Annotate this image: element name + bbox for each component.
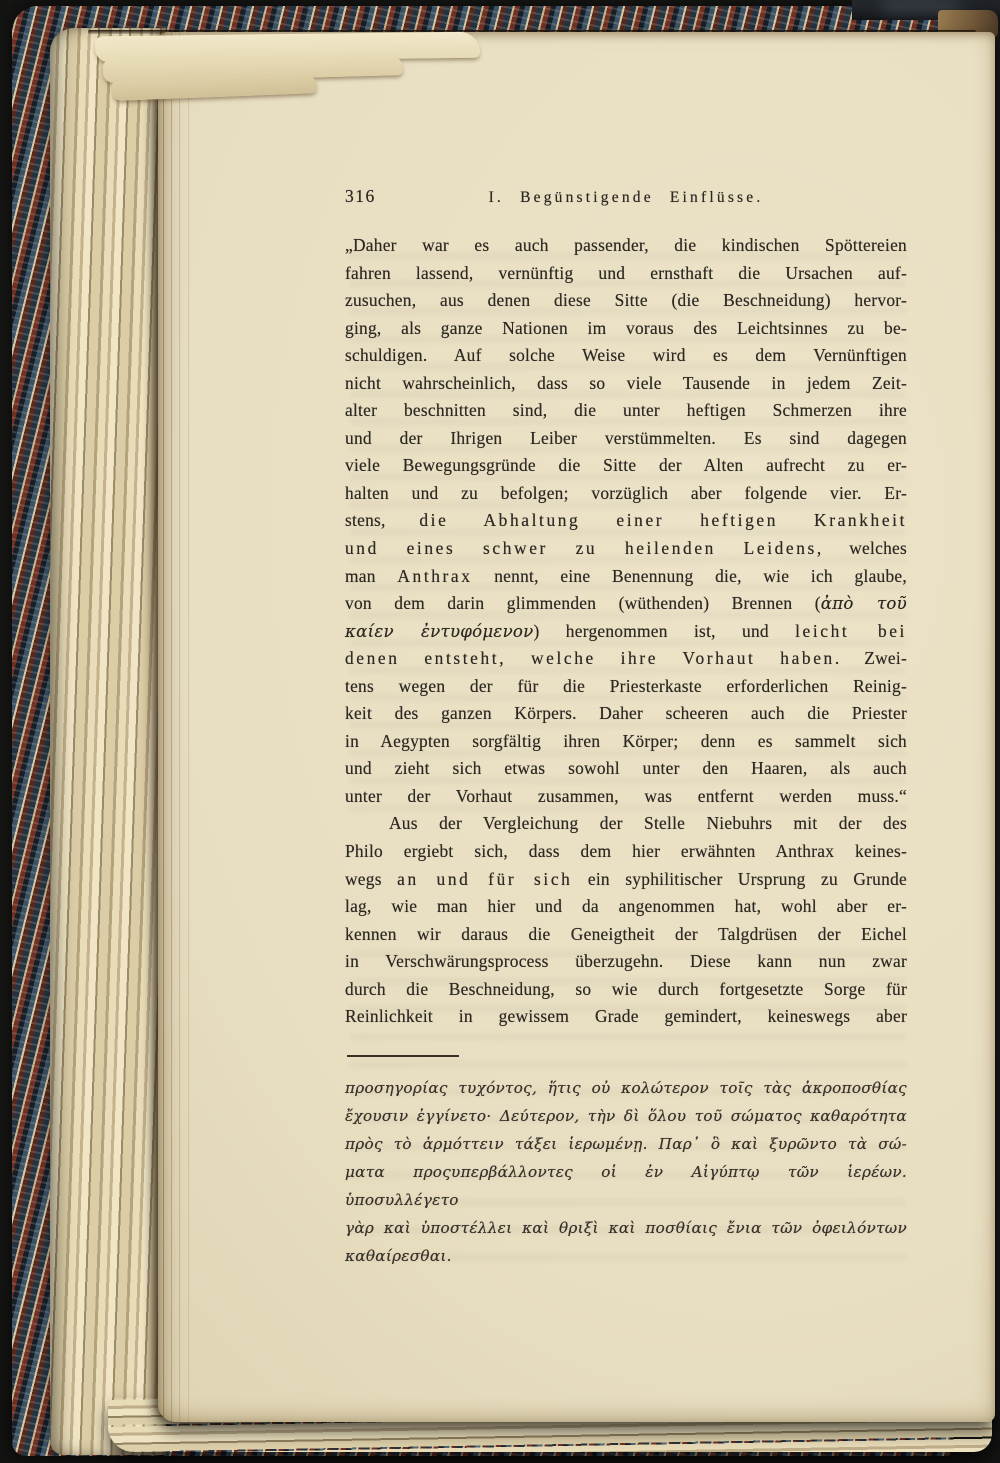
- body-text: „Daher war es auch passender, die kindis…: [345, 232, 907, 1031]
- text-segment: Zwei-: [842, 648, 907, 668]
- page-header: 316 I. Begünstigende Einflüsse.: [345, 186, 907, 207]
- text-line: unter der Vorhaut zusammen, was entfernt…: [345, 783, 907, 811]
- text-line: nicht wahrscheinlich, dass so viele Taus…: [345, 370, 907, 398]
- emphasized-text: und eines schwer zu heilenden Leidens,: [345, 538, 824, 558]
- text-line: Philo ergiebt sich, dass dem hier erwähn…: [345, 838, 907, 866]
- text-line: denen entsteht, welche ihre Vorhaut habe…: [345, 645, 907, 673]
- footnote-line: ματα προςυπερβάλλοντες οἱ ἐν Αἰγύπτῳ τῶν…: [345, 1158, 907, 1214]
- text-block: 316 I. Begünstigende Einflüsse. „Daher w…: [345, 186, 907, 1270]
- text-line: und der Ihrigen Leiber verstümmelten. Es…: [345, 425, 907, 453]
- text-line: durch die Beschneidung, so wie durch for…: [345, 976, 907, 1004]
- text-segment: von dem darin glimmenden (wüthenden) Bre…: [345, 593, 821, 613]
- text-line: halten und zu befolgen; vorzüglich aber …: [345, 480, 907, 508]
- text-line: schuldigen. Auf solche Weise wird es dem…: [345, 342, 907, 370]
- text-segment: stens,: [345, 510, 419, 530]
- text-line: viele Bewegungsgründe die Sitte der Alte…: [345, 452, 907, 480]
- page-number: 316: [345, 186, 397, 207]
- text-line: man Anthrax nennt, eine Benennung die, w…: [345, 563, 907, 591]
- emphasized-text: Anthrax: [397, 566, 472, 586]
- text-line: und eines schwer zu heilenden Leidens, w…: [345, 535, 907, 563]
- text-line: in Verschwärungsprocess überzugehn. Dies…: [345, 948, 907, 976]
- text-line: und zieht sich etwas sowohl unter den Ha…: [345, 755, 907, 783]
- footnote: προσηγορίας τυχόντος, ἥτις οὐ κολώτερον …: [345, 1074, 907, 1270]
- greek-phrase: ἀπὸ τοῦ: [821, 594, 907, 613]
- page-stack-left: [50, 28, 166, 1455]
- greek-phrase: καίεν ἐντυφόμενον: [345, 622, 534, 641]
- text-line: zusuchen, aus denen diese Sitte (die Bes…: [345, 287, 907, 315]
- emphasized-text: die Abhaltung einer heftigen Krankheit: [419, 510, 907, 530]
- text-line: „Daher war es auch passender, die kindis…: [345, 232, 907, 260]
- emphasized-text: an und für sich: [397, 869, 572, 889]
- text-line: wegs an und für sich ein syphilitischer …: [345, 866, 907, 894]
- footnote-line: προσηγορίας τυχόντος, ἥτις οὐ κολώτερον …: [345, 1074, 907, 1102]
- emphasized-text: leicht bei: [795, 621, 907, 641]
- footnote-line: ἔχουσιν ἐγγίνετο· Δεύτερον, τὴν δὶ ὅλου …: [345, 1102, 907, 1130]
- text-segment: wegs: [345, 869, 397, 889]
- emphasized-text: denen entsteht, welche ihre Vorhaut habe…: [345, 648, 842, 668]
- photo-background: 316 I. Begünstigende Einflüsse. „Daher w…: [0, 0, 1000, 1463]
- text-line: kennen wir daraus die Geneigtheit der Ta…: [345, 921, 907, 949]
- text-line: ging, als ganze Nationen im voraus des L…: [345, 315, 907, 343]
- text-line: keit des ganzen Körpers. Daher scheeren …: [345, 700, 907, 728]
- text-line: Reinlichkeit in gewissem Grade gemindert…: [345, 1003, 907, 1031]
- footnote-separator: [347, 1055, 459, 1058]
- text-line: καίεν ἐντυφόμενον) hergenommen ist, und …: [345, 618, 907, 646]
- text-segment: ein syphilitischer Ursprung zu Grunde: [572, 869, 907, 889]
- text-segment: ) hergenommen ist, und: [534, 621, 796, 641]
- text-line: Aus der Vergleichung der Stelle Niebuhrs…: [345, 810, 907, 838]
- text-segment: welches: [824, 538, 907, 558]
- text-segment: nennt, eine Benennung die, wie ich glaub…: [473, 566, 907, 586]
- footnote-line: πρὸς τὸ ἁρμόττειν τάξει ἱερωμένῃ. Παρ᾽ ὃ…: [345, 1130, 907, 1158]
- text-line: lag, wie man hier und da angenommen hat,…: [345, 893, 907, 921]
- text-line: fahren lassend, vernünftig und ernsthaft…: [345, 260, 907, 288]
- footnote-line: γὰρ καὶ ὑποστέλλει καὶ θριξὶ καὶ ποσθίαι…: [345, 1214, 907, 1242]
- text-line: von dem darin glimmenden (wüthenden) Bre…: [345, 590, 907, 618]
- text-line: stens, die Abhaltung einer heftigen Kran…: [345, 507, 907, 535]
- text-line: alter beschnitten sind, die unter heftig…: [345, 397, 907, 425]
- text-line: tens wegen der für die Priesterkaste erf…: [345, 673, 907, 701]
- text-line: in Aegypten sorgfältig ihren Körper; den…: [345, 728, 907, 756]
- text-segment: man: [345, 566, 397, 586]
- running-title: I. Begünstigende Einflüsse.: [397, 189, 855, 207]
- footnote-line: καθαίρεσθαι.: [345, 1242, 907, 1270]
